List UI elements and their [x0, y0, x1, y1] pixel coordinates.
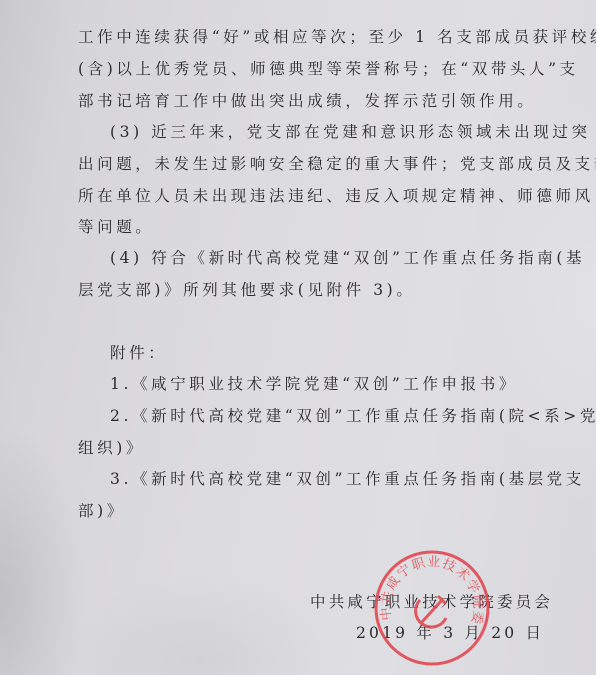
text-line: 所在单位人员未出现违法违纪、违反入项规定精神、师德师风 — [78, 186, 594, 206]
attachment-item-1: 1.《咸宁职业技术学院党建“双创”工作申报书》 — [110, 374, 518, 394]
text-line: (含)以上优秀党员、师德典型等荣誉称号；在“双带头人”支 — [78, 59, 579, 79]
svg-text:中共咸宁职业技术学院委员会: 中共咸宁职业技术学院委员会 — [372, 548, 485, 627]
text-line: 等问题。 — [78, 217, 154, 237]
text-line: 出问题，未发生过影响安全稳定的重大事件；党支部成员及支部 — [78, 154, 596, 174]
signature-date: 2019 年 3 月 20 日 — [356, 623, 544, 643]
text-line: 部书记培育工作中做出突出成绩，发挥示范引领作用。 — [78, 91, 536, 111]
seal-text: 中共咸宁职业技术学院委员会 — [372, 548, 485, 627]
signature-organization: 中共咸宁职业技术学院委员会 — [310, 592, 553, 612]
attachment-item-3: 3.《新时代高校党建“双创”工作重点任务指南(基层党支 — [110, 469, 585, 489]
attachment-item-3-cont: 部)》 — [78, 501, 126, 521]
text-line: 层党支部)》所列其他要求(见附件 3)。 — [78, 280, 415, 300]
attachment-item-2: 2.《新时代高校党建“双创”工作重点任务指南(院<系>党 — [110, 406, 596, 426]
text-line: (4) 符合《新时代高校党建“双创”工作重点任务指南(基 — [110, 248, 585, 268]
text-line: (3) 近三年来，党支部在党建和意识形态领域未出现过突 — [110, 122, 591, 142]
attachment-item-2-cont: 组织)》 — [78, 438, 145, 458]
text-line: 工作中连续获得“好”或相应等次；至少 1 名支部成员获评校级 — [78, 27, 596, 47]
attachments-heading: 附件： — [110, 343, 167, 363]
